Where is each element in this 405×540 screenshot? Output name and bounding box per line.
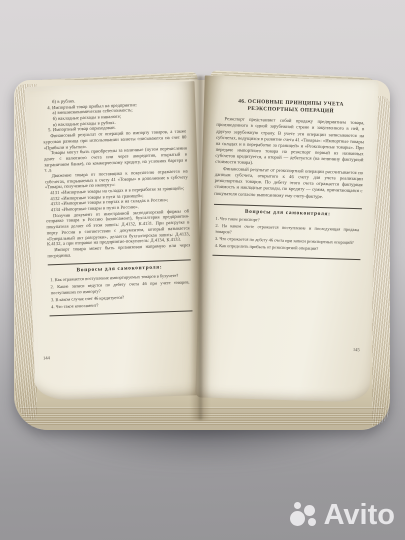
book-page-right: 46. ОСНОВНЫЕ ПРИНЦИПЫ УЧЕТА РЕЭКСПОРТНЫХ… — [195, 75, 378, 402]
page-number: 145 — [353, 347, 360, 352]
section-heading: 46. ОСНОВНЫЕ ПРИНЦИПЫ УЧЕТА РЕЭКСПОРТНЫХ… — [227, 98, 355, 116]
avito-watermark-text: Avito — [324, 501, 395, 530]
paragraph: Реэкспорт представляет собой продажу пре… — [215, 117, 364, 170]
avito-logo-icon — [290, 500, 319, 531]
book-page-left: б) в рублях. 4. Импортный товар прибыл н… — [25, 81, 206, 401]
avito-watermark: Avito — [290, 500, 395, 531]
open-book-photo: б) в рублях. 4. Импортный товар прибыл н… — [14, 68, 390, 434]
paragraph: Получив документ от иностранной экспедит… — [46, 208, 190, 247]
left-page-text: б) в рублях. 4. Импортный товар прибыл н… — [25, 81, 206, 401]
self-check-questions-box: Вопросы для самоконтроля: 1. Что такое р… — [212, 204, 361, 260]
photo-background: б) в рублях. 4. Импортный товар прибыл н… — [0, 0, 405, 540]
page-number: 144 — [43, 355, 50, 360]
right-page-text: 46. ОСНОВНЫЕ ПРИНЦИПЫ УЧЕТА РЕЭКСПОРТНЫХ… — [195, 75, 378, 402]
self-check-questions-box: Вопросы для самоконтроля: 1. Как отражае… — [48, 260, 193, 317]
paragraph: Финансовый результат от реэкспортной опе… — [214, 167, 363, 202]
